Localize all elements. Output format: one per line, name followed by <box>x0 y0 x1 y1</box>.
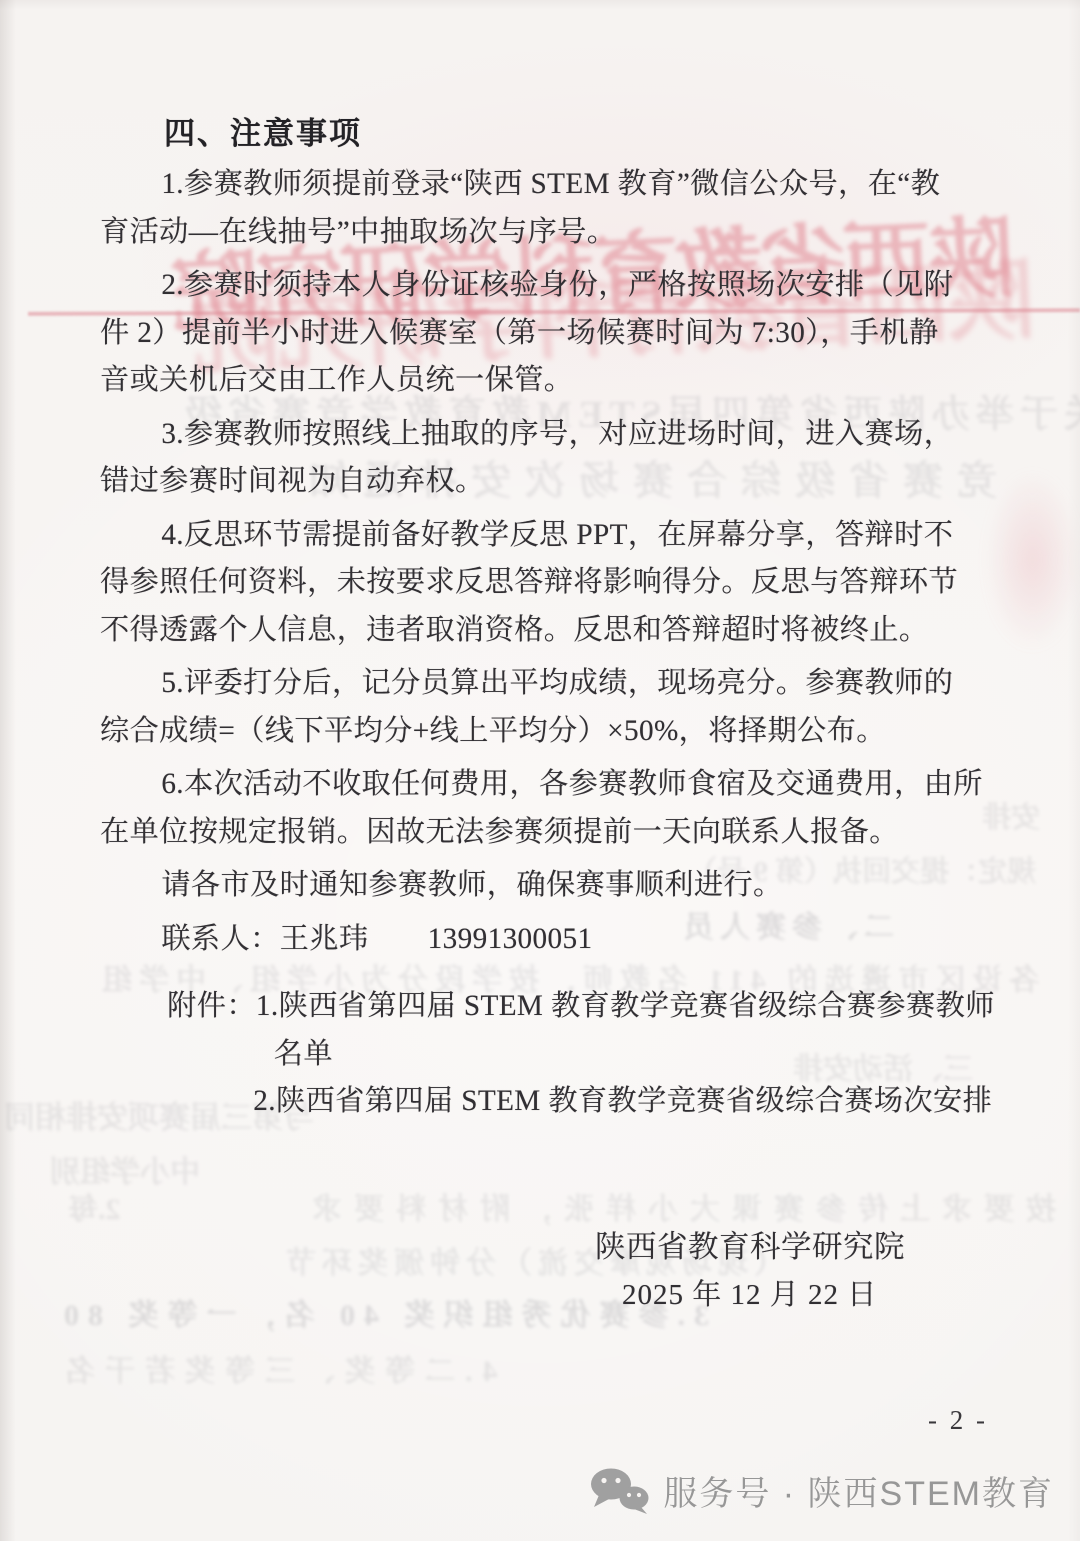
body-line: 2.参赛时须持本人身份证核验身份，严格按照场次安排（见附 <box>100 262 992 310</box>
body-line: 音或关机后交由工作人员统一保管。 <box>100 357 992 405</box>
scanned-document-page: 陕西省教育科学研究院 陕西省教育科学研究院 关于举办陕西省第四届STEM教育教学… <box>0 0 1080 1541</box>
attachment-line: 附件：1.陕西省第四届 STEM 教育教学竞赛省级综合赛参赛教师 <box>100 983 992 1031</box>
body-line: 在单位按规定报销。因故无法参赛须提前一天向联系人报备。 <box>100 809 992 857</box>
body-line: 得参照任何资料，未按要求反思答辩将影响得分。反思与答辩环节 <box>100 559 992 607</box>
bleedthrough-pink-smudge <box>985 470 1080 650</box>
body-line: 1.参赛教师须提前登录“陕西 STEM 教育”微信公众号，在“教 <box>100 161 992 209</box>
attachment-line: 2.陕西省第四届 STEM 教育教学竞赛省级综合赛场次安排 <box>100 1078 992 1126</box>
body-line: 育活动—在线抽号”中抽取场次与序号。 <box>100 209 992 257</box>
body-line: 不得透露个人信息，违者取消资格。反思和答辩超时将被终止。 <box>100 607 992 655</box>
attachment-line: 名单 <box>100 1031 992 1079</box>
page-number: - 2 - <box>928 1405 988 1436</box>
bleedthrough-fragment: 4.二等奖、三等奖若干名 <box>55 1346 498 1390</box>
body-line: 联系人：王兆玮 13991300051 <box>100 916 992 964</box>
body-paragraph-lines: 1.参赛教师须提前登录“陕西 STEM 教育”微信公众号，在“教育活动—在线抽号… <box>100 161 992 963</box>
wechat-watermark-label: 服务号 · 陕西STEM教育 <box>663 1466 1054 1515</box>
document-body: 四、注意事项 1.参赛教师须提前登录“陕西 STEM 教育”微信公众号，在“教育… <box>100 116 992 1126</box>
bleedthrough-fragment: 3.参赛优秀组织奖 40 名，一等奖 80 <box>55 1290 709 1334</box>
body-line: 3.参赛教师按照线上抽取的序号，对应进场时间，进入赛场， <box>100 411 992 459</box>
wechat-watermark: 服务号 · 陕西STEM教育 <box>589 1466 1054 1515</box>
body-line: 综合成绩=（线下平均分+线上平均分）×50%，将择期公布。 <box>100 708 992 756</box>
body-line: 请各市及时通知参赛教师，确保赛事顺利进行。 <box>100 862 992 910</box>
body-line: 错过参赛时间视为自动弃权。 <box>100 458 992 506</box>
wechat-icon <box>589 1467 651 1515</box>
body-line: 6.本次活动不收取任何费用，各参赛教师食宿及交通费用，由所 <box>100 761 992 809</box>
signature-date: 2025 年 12 月 22 日 <box>622 1272 877 1313</box>
body-line: 件 2）提前半小时进入候赛室（第一场候赛时间为 7:30），手机静 <box>100 310 992 358</box>
body-line: 5.评委打分后，记分员算出平均成绩，现场亮分。参赛教师的 <box>100 660 992 708</box>
attachment-list: 附件：1.陕西省第四届 STEM 教育教学竞赛省级综合赛参赛教师名单2.陕西省第… <box>100 983 992 1126</box>
bleedthrough-fragment: 2.每 <box>68 1184 121 1228</box>
body-line: 4.反思环节需提前备好教学反思 PPT，在屏幕分享，答辩时不 <box>100 512 992 560</box>
signature-organization: 陕西省教育科学研究院 <box>595 1222 905 1266</box>
section-heading: 四、注意事项 <box>164 116 992 152</box>
